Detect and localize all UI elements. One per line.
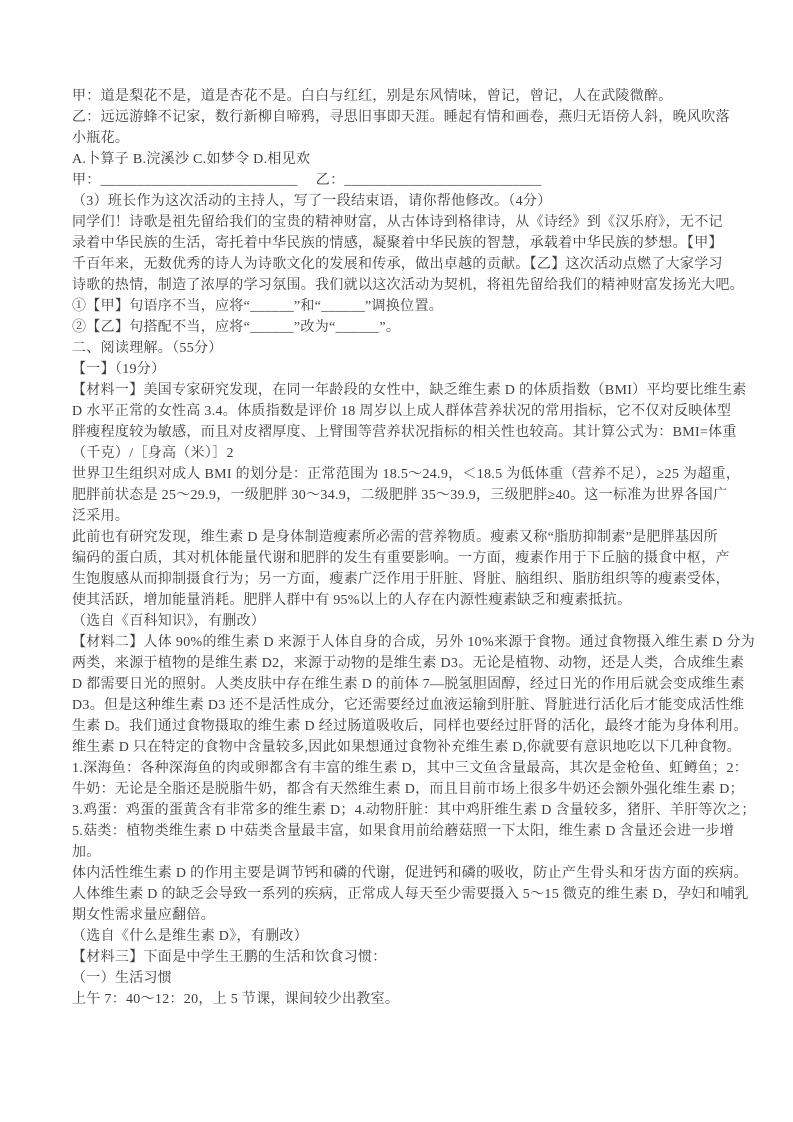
passage-one-heading: 【一】（19分）	[72, 359, 728, 380]
material-one-body-line: 编码的蛋白质，其对机体能量代谢和肥胖的发生有重要影响。一方面，瘦素作用于下丘脑的…	[72, 548, 728, 569]
material-three-heading-line: 【材料三】下面是中学生王鹏的生活和饮食习惯：	[72, 947, 728, 968]
tune-options-line: A.卜算子 B.浣溪沙 C.如梦令 D.相见欢	[72, 149, 728, 170]
closing-remarks-line: 千百年来，无数优秀的诗人为诗歌文化的发展和传承，做出卓越的贡献。【乙】这次活动点…	[72, 254, 728, 275]
material-two-body-line: 人体维生素 D 的缺乏会导致一系列的疾病，正常成人每天至少需要摄入 5～15 微…	[72, 884, 728, 905]
living-habits-subheading: （一）生活习惯	[72, 968, 728, 989]
food-list-line: 3.鸡蛋：鸡蛋的蛋黄含有非常多的维生素 D；4.动物肝脏：其中鸡肝维生素 D 含…	[72, 800, 728, 821]
section-material-one: 【材料一】美国专家研究发现，在同一年龄段的女性中，缺乏维生素 D 的体质指数（B…	[72, 380, 728, 632]
material-one-body-line: 胖瘦程度较为敏感，而且对皮褶厚度、上臂围等营养状况指标的相关性也较高。其计算公式…	[72, 422, 728, 443]
material-one-source-line: （选自《百科知识》，有删改）	[72, 611, 728, 632]
material-one-body-line: 生饱腹感从而抑制摄食行为；另一方面，瘦素广泛作用于肝脏、肾脏、脑组织、脂肪组织等…	[72, 569, 728, 590]
sub-question-2-line: ②【乙】句搭配不当，应将“______”改为“______”。	[72, 317, 728, 338]
exam-paper-page: 甲：道是梨花不是，道是杏花不是。白白与红红，别是东风情味，曾记，曾记，人在武陵微…	[0, 0, 793, 1122]
living-habits-line: 上午 7：40～12：20，上 5 节课，课间较少出教室。	[72, 989, 728, 1010]
bmi-formula-line: （千克）/［身高（米）］2	[72, 443, 728, 464]
material-two-body-line: 生素 D。我们通过食物摄取的维生素 D 经过肠道吸收后，同样也要经过肝肾的活化，…	[72, 716, 728, 737]
section-reading-header: 二、阅读理解。（55分） 【一】（19分）	[72, 338, 728, 380]
section-material-three: 【材料三】下面是中学生王鹏的生活和饮食习惯： （一）生活习惯 上午 7：40～1…	[72, 947, 728, 1010]
question-3-prompt: （3）班长作为这次活动的主持人，写了一段结束语，请你帮他修改。（4分）	[72, 191, 728, 212]
material-one-body-line: 泛采用。	[72, 506, 728, 527]
sub-question-1-line: ①【甲】句语序不当，应将“______”和“______”调换位置。	[72, 296, 728, 317]
material-two-heading-line: 【材料二】人体 90%的维生素 D 来源于人体自身的合成，另外 10%来源于食物…	[72, 632, 728, 653]
material-one-body-line: 此前也有研究发现，维生素 D 是身体制造瘦素所必需的营养物质。瘦素又称“脂肪抑制…	[72, 527, 728, 548]
food-list-line: 1.深海鱼：各种深海鱼的肉或卵都含有丰富的维生素 D，其中三文鱼含量最高，其次是…	[72, 758, 728, 779]
poem-yi-line-continued: 小瓶花。	[72, 128, 728, 149]
closing-remarks-line: 诗歌的热情，制造了浓厚的学习氛围。我们就以这次活动为契机，将祖先留给我们的精神财…	[72, 275, 728, 296]
material-two-body-line: D3。但是这种维生素 D3 还不是活性成分，它还需要经过血液运输到肝脏、肾脏进行…	[72, 695, 728, 716]
food-list-line: 牛奶：无论是全脂还是脱脂牛奶，都含有天然维生素 D，而且目前市场上很多牛奶还会额…	[72, 779, 728, 800]
document-content: 甲：道是梨花不是，道是杏花不是。白白与红红，别是东风情味，曾记，曾记，人在武陵微…	[72, 86, 728, 1010]
material-two-body-line: 期女性需求量应翻倍。	[72, 905, 728, 926]
material-two-body-line: 体内活性维生素 D 的作用主要是调节钙和磷的代谢，促进钙和磷的吸收，防止产生骨头…	[72, 863, 728, 884]
food-list-line: 5.菇类：植物类维生素 D 中菇类含量最丰富，如果食用前给蘑菇照一下太阳，维生素…	[72, 821, 728, 842]
closing-remarks-line: 录着中华民族的生活，寄托着中华民族的情感，凝聚着中华民族的智慧，承载着中华民族的…	[72, 233, 728, 254]
section-question-3-revision: （3）班长作为这次活动的主持人，写了一段结束语，请你帮他修改。（4分） 同学们！…	[72, 191, 728, 338]
answer-blanks-line: 甲：___________________________ 乙：________…	[72, 170, 728, 191]
material-two-body-line: D 都需要日光的照射。人类皮肤中存在维生素 D 的前体 7—脱氢胆固醇，经过日光…	[72, 674, 728, 695]
section-ci-poems-matching: 甲：道是梨花不是，道是杏花不是。白白与红红，别是东风情味，曾记，曾记，人在武陵微…	[72, 86, 728, 191]
material-one-heading-line: 【材料一】美国专家研究发现，在同一年龄段的女性中，缺乏维生素 D 的体质指数（B…	[72, 380, 728, 401]
closing-remarks-line: 同学们！诗歌是祖先留给我们的宝贵的精神财富，从古体诗到格律诗，从《诗经》到《汉乐…	[72, 212, 728, 233]
material-two-source-line: （选自《什么是维生素 D》，有删改）	[72, 926, 728, 947]
material-two-body-line: 两类，来源于植物的是维生素 D2，来源于动物的是维生素 D3。无论是植物、动物，…	[72, 653, 728, 674]
food-list-line: 加。	[72, 842, 728, 863]
material-two-body-line: 维生素 D 只在特定的食物中含量较多,因此如果想通过食物补充维生素 D,你就要有…	[72, 737, 728, 758]
section-material-two: 【材料二】人体 90%的维生素 D 来源于人体自身的合成，另外 10%来源于食物…	[72, 632, 728, 947]
poem-jia-line: 甲：道是梨花不是，道是杏花不是。白白与红红，别是东风情味，曾记，曾记，人在武陵微…	[72, 86, 728, 107]
material-one-body-line: D 水平正常的女性高 3.4。体质指数是评价 18 周岁以上成人群体营养状况的常…	[72, 401, 728, 422]
material-one-body-line: 世界卫生组织对成人 BMI 的划分是：正常范围为 18.5～24.9，＜18.5…	[72, 464, 728, 485]
poem-yi-line: 乙：远远游蜂不记家，数行新柳自啼鸦，寻思旧事即天涯。睡起有情和画卷，燕归无语傍人…	[72, 107, 728, 128]
part-two-heading: 二、阅读理解。（55分）	[72, 338, 728, 359]
material-one-body-line: 使其活跃，增加能量消耗。肥胖人群中有 95%以上的人存在内源性瘦素缺乏和瘦素抵抗…	[72, 590, 728, 611]
material-one-body-line: 肥胖前状态是 25～29.9，一级肥胖 30～34.9，二级肥胖 35～39.9…	[72, 485, 728, 506]
